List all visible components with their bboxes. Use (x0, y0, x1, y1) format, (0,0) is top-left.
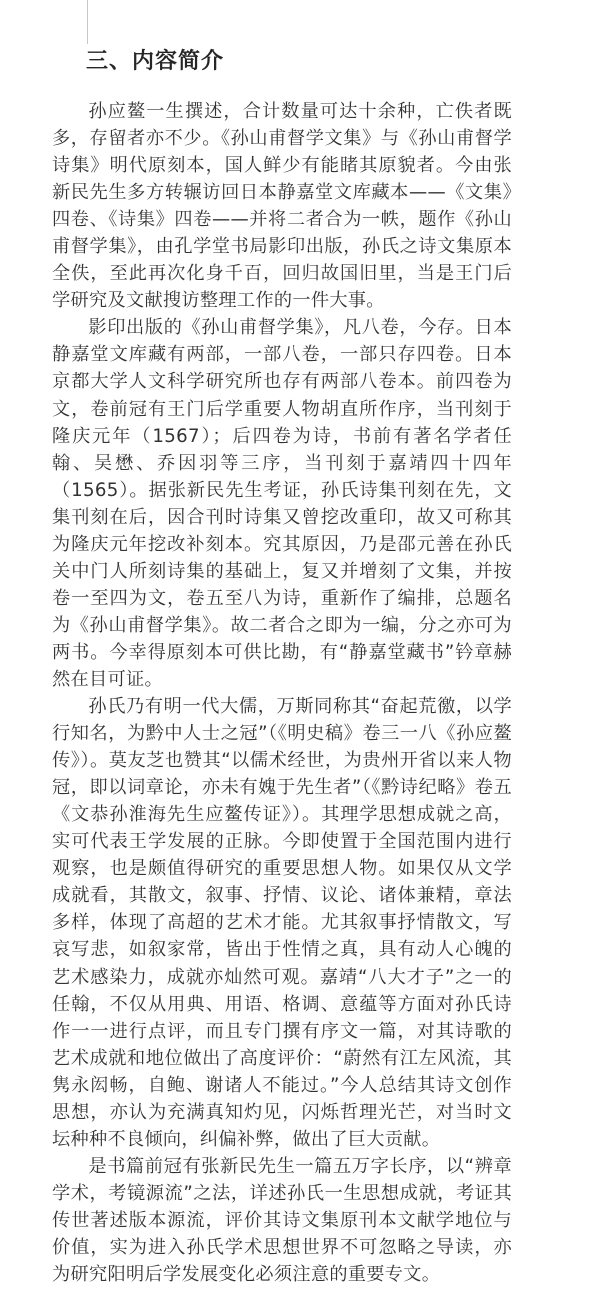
paragraph-2: 影印出版的《孙山甫督学集》，凡八卷，今存。日本静嘉堂文库藏有两部，一部八卷，一部… (52, 314, 512, 693)
paragraph-4: 是书篇前冠有张新民先生一篇五万字长序，以“辨章学术，考镜源流”之法，详述孙氏一生… (52, 1153, 512, 1288)
margin-rule-line (87, 0, 88, 44)
section-heading: 三、内容简介 (86, 47, 224, 77)
paragraph-1: 孙应鳌一生撰述，合计数量可达十余种，亡佚者既多，存留者亦不少。《孙山甫督学文集》… (52, 98, 512, 314)
section-body: 孙应鳌一生撰述，合计数量可达十余种，亡佚者既多，存留者亦不少。《孙山甫督学文集》… (52, 98, 512, 1288)
paragraph-3: 孙氏乃有明一代大儒，万斯同称其“奋起荒徼，以学行知名，为黔中人士之冠”（《明史稿… (52, 693, 512, 1153)
